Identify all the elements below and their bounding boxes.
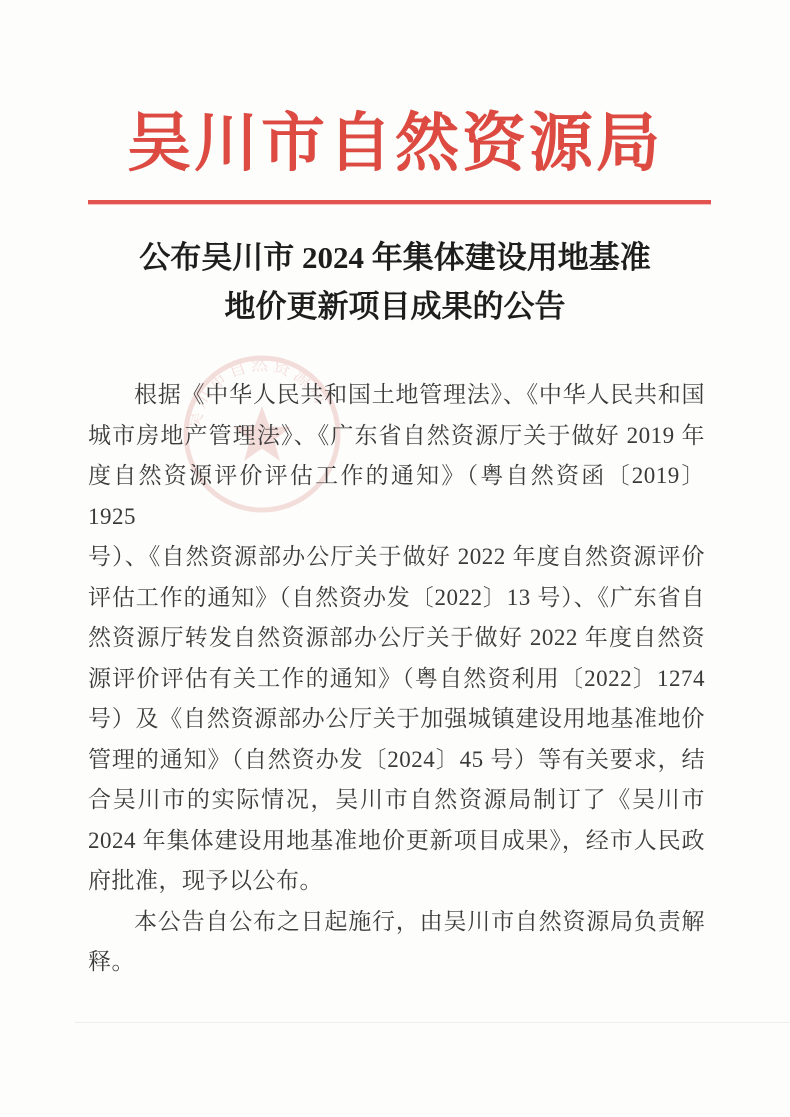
body-line: 源评价评估有关工作的通知》（粤自然资利用〔2022〕1274 [88, 659, 705, 700]
notice-title-line-1: 公布吴川市 2024 年集体建设用地基准 [60, 233, 730, 282]
body-line: 本公告自公布之日起施行，由吴川市自然资源局负责解 [88, 902, 705, 943]
agency-letterhead: 吴川市自然资源局 [0, 92, 790, 184]
body-line: 城市房地产管理法》、《广东省自然资源厅关于做好 2019 年 [88, 416, 705, 457]
scanned-notice-page: 吴川市自然资源局 吴川市自然资源局 公布吴川市 2024 年集体建设用地基准 地… [0, 0, 790, 1117]
body-line: 释。 [88, 942, 705, 983]
body-line: 度自然资源评价评估工作的通知》（粤自然资函〔2019〕1925 [88, 456, 705, 537]
scan-fold-artifact [75, 1022, 790, 1023]
notice-body: 根据《中华人民共和国土地管理法》、《中华人民共和国 城市房地产管理法》、《广东省… [88, 375, 705, 983]
notice-title-line-2: 地价更新项目成果的公告 [60, 282, 730, 331]
body-line: 号）、《自然资源部办公厅关于做好 2022 年度自然资源评价 [88, 537, 705, 578]
body-line: 然资源厅转发自然资源部办公厅关于做好 2022 年度自然资 [88, 618, 705, 659]
body-line: 根据《中华人民共和国土地管理法》、《中华人民共和国 [88, 375, 705, 416]
body-line: 评估工作的通知》（自然资办发〔2022〕13 号）、《广东省自 [88, 578, 705, 619]
letterhead-divider-rule [88, 200, 711, 204]
body-line: 管理的通知》（自然资办发〔2024〕45 号）等有关要求，结 [88, 740, 705, 781]
body-line: 号）及《自然资源部办公厅关于加强城镇建设用地基准地价 [88, 699, 705, 740]
notice-title: 公布吴川市 2024 年集体建设用地基准 地价更新项目成果的公告 [60, 233, 730, 331]
body-line: 府批准，现予以公布。 [88, 861, 705, 902]
body-line: 合吴川市的实际情况，吴川市自然资源局制订了《吴川市 [88, 780, 705, 821]
body-line: 2024 年集体建设用地基准地价更新项目成果》，经市人民政 [88, 821, 705, 862]
